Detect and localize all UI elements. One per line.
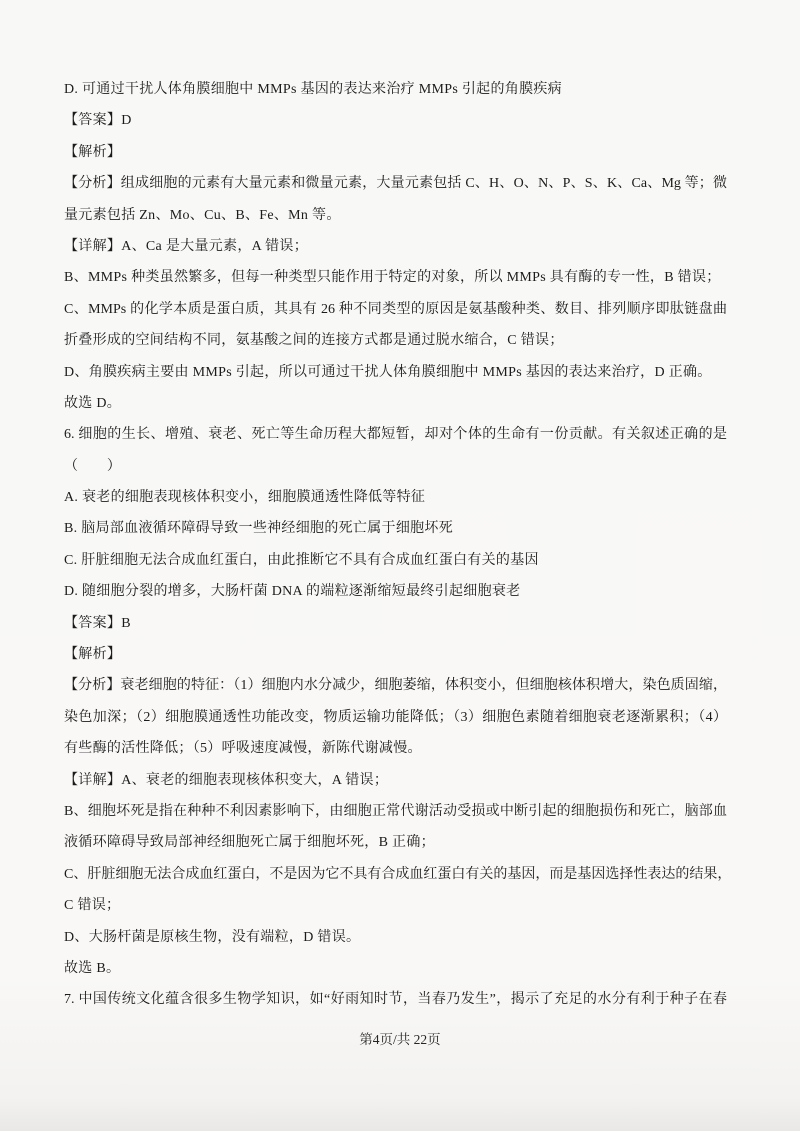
text-line: （ ） (64, 451, 727, 482)
text-line: C 错误； (64, 890, 727, 921)
text-line: C、MMPs 的化学本质是蛋白质，其具有 26 种不同类型的原因是氨基酸种类、数… (64, 294, 727, 325)
text-line: D. 可通过干扰人体角膜细胞中 MMPs 基因的表达来治疗 MMPs 引起的角膜… (64, 74, 727, 105)
text-line: 【分析】衰老细胞的特征：（1）细胞内水分减少，细胞萎缩，体积变小，但细胞核体积增… (64, 670, 727, 701)
text-line: 故选 D。 (64, 388, 727, 419)
text-line: D、大肠杆菌是原核生物，没有端粒，D 错误。 (64, 922, 727, 953)
text-line: 量元素包括 Zn、Mo、Cu、B、Fe、Mn 等。 (64, 200, 727, 231)
text-line: D. 随细胞分裂的增多，大肠杆菌 DNA 的端粒逐渐缩短最终引起细胞衰老 (64, 576, 727, 607)
text-line: C、肝脏细胞无法合成血红蛋白，不是因为它不具有合成血红蛋白有关的基因，而是基因选… (64, 859, 727, 890)
scanned-document-page: D. 可通过干扰人体角膜细胞中 MMPs 基因的表达来治疗 MMPs 引起的角膜… (0, 0, 800, 1131)
text-line: 折叠形成的空间结构不同，氨基酸之间的连接方式都是通过脱水缩合，C 错误； (64, 325, 727, 356)
text-line: B. 脑局部血液循环障碍导致一些神经细胞的死亡属于细胞坏死 (64, 513, 727, 544)
text-line: 【详解】A、Ca 是大量元素，A 错误； (64, 231, 727, 262)
document-body: D. 可通过干扰人体角膜细胞中 MMPs 基因的表达来治疗 MMPs 引起的角膜… (64, 74, 727, 1016)
text-line: 染色加深；（2）细胞膜通透性功能改变，物质运输功能降低；（3）细胞色素随着细胞衰… (64, 702, 727, 733)
text-line: C. 肝脏细胞无法合成血红蛋白，由此推断它不具有合成血红蛋白有关的基因 (64, 545, 727, 576)
text-line: 【解析】 (64, 137, 727, 168)
text-line: 有些酶的活性降低；（5）呼吸速度减慢，新陈代谢减慢。 (64, 733, 727, 764)
text-line: D、角膜疾病主要由 MMPs 引起，所以可通过干扰人体角膜细胞中 MMPs 基因… (64, 357, 727, 388)
text-line: 【答案】B (64, 608, 727, 639)
text-line: 【详解】A、衰老的细胞表现核体积变大，A 错误； (64, 765, 727, 796)
text-line: 【分析】组成细胞的元素有大量元素和微量元素，大量元素包括 C、H、O、N、P、S… (64, 168, 727, 199)
page-number: 第4页/共 22页 (0, 1030, 800, 1050)
text-line: 故选 B。 (64, 953, 727, 984)
text-line: B、MMPs 种类虽然繁多，但每一种类型只能作用于特定的对象，所以 MMPs 具… (64, 262, 727, 293)
text-line: A. 衰老的细胞表现核体积变小，细胞膜通透性降低等特征 (64, 482, 727, 513)
text-line: 【答案】D (64, 105, 727, 136)
text-line: 液循环障碍导致局部神经细胞死亡属于细胞坏死，B 正确； (64, 827, 727, 858)
text-line: 7. 中国传统文化蕴含很多生物学知识，如“好雨知时节，当春乃发生”，揭示了充足的… (64, 984, 727, 1015)
text-line: B、细胞坏死是指在种种不利因素影响下，由细胞正常代谢活动受损或中断引起的细胞损伤… (64, 796, 727, 827)
text-line: 6. 细胞的生长、增殖、衰老、死亡等生命历程大都短暂，却对个体的生命有一份贡献。… (64, 419, 727, 450)
text-line: 【解析】 (64, 639, 727, 670)
